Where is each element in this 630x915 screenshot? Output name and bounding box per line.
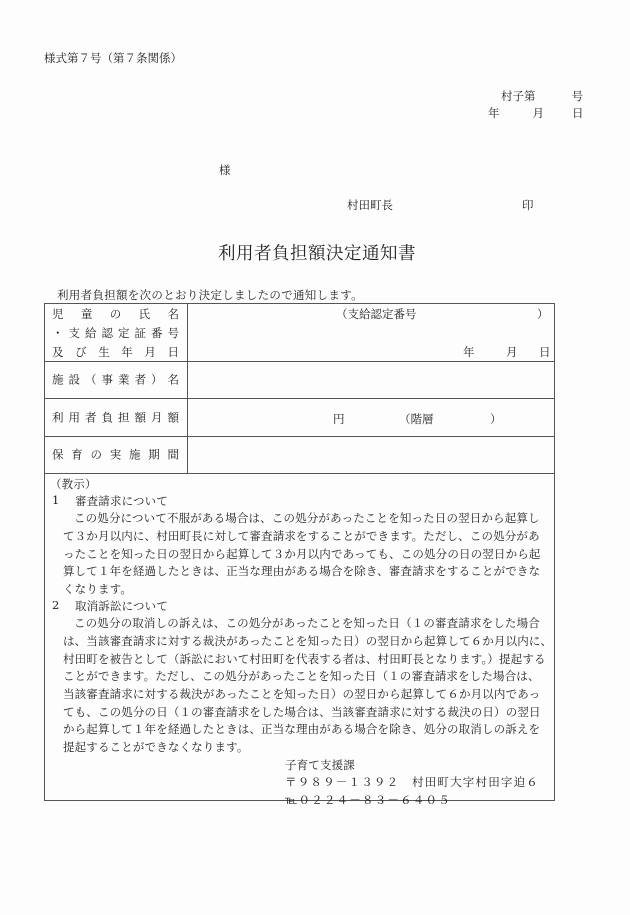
section-2-title: 取消訴訟について <box>75 598 168 614</box>
section-1-title: 審査請求について <box>75 493 168 509</box>
section-1-line: くなります。 <box>63 581 132 597</box>
document-number-suffix: 号 <box>572 89 584 103</box>
issue-day-label: 日 <box>572 106 584 120</box>
child-info-label: 児童の氏名 ・支給認定証番号 及び生年月日 <box>45 304 188 361</box>
contact-department: 子育て支援課 <box>285 757 355 773</box>
table-row-care-period: 保育の実施期間 <box>45 437 554 474</box>
monthly-fee-field[interactable]: 円 （階層 ） <box>188 399 554 436</box>
section-2-line: ことができます。ただし、この処分があったことを知った日（１の審査請求をした場合は… <box>63 668 540 684</box>
document-title: 利用者負担額決定通知書 <box>218 240 416 265</box>
intro-text: 利用者負担額を次のとおり決定しましたので通知します。 <box>57 287 363 303</box>
section-1-line: ったことを知った日の翌日から起算して３か月以内であっても、この処分の日の翌日から… <box>63 546 541 562</box>
issue-year-label: 年 <box>488 106 500 120</box>
child-info-field[interactable]: （支給認定番号 ） 年 月 日 <box>188 304 554 361</box>
tier-close: ） <box>490 411 502 427</box>
monthly-fee-label: 利用者負担額月額 <box>45 399 188 436</box>
issue-date: 年月日 <box>488 105 584 121</box>
cert-number-open: （支給認定番号 <box>336 306 417 322</box>
care-period-field[interactable] <box>188 437 554 473</box>
contact-address: 〒９８９－１３９２ 村田町大字村田字迫６ <box>285 774 539 790</box>
section-2-line: から起算して１年を経過したときは、正当な理由がある場合を除き、処分の取消しの訴え… <box>63 721 540 737</box>
birth-month-label: 月 <box>506 344 518 360</box>
care-period-label: 保育の実施期間 <box>45 437 188 473</box>
birth-year-label: 年 <box>463 344 475 360</box>
section-1-line: て３か月以内に、村田町長に対して審査請求をすることができます。ただし、この処分が… <box>63 528 540 544</box>
section-1-number: 1 <box>52 493 59 507</box>
tier-open: （階層 <box>399 411 434 427</box>
legal-notice: （教示） 1 審査請求について この処分について不服がある場合は、この処分があっ… <box>45 474 554 800</box>
section-2-line: ても、この処分の日（１の審査請求をした場合は、当該審査請求に対する裁決の日）の翌… <box>63 704 541 720</box>
form-number: 様式第７号（第７条関係） <box>44 50 182 66</box>
section-2-line: この処分の取消しの訴えは、この処分があったことを知った日（１の審査請求をした場合 <box>74 615 540 631</box>
label-line-cert-number: ・支給認定証番号 <box>45 324 187 343</box>
contact-phone: ℡０２２４－８３－６４０５ <box>285 792 451 808</box>
issue-month-label: 月 <box>533 106 545 120</box>
document-number: 村子第号 <box>501 88 583 104</box>
table-row-child-info: 児童の氏名 ・支給認定証番号 及び生年月日 （支給認定番号 ） 年 月 日 <box>45 304 554 362</box>
section-2-line: は、当該審査請求に対する裁決があったことを知った日）の翌日から起算して６か月以内… <box>63 633 552 649</box>
cert-number-close: ） <box>537 306 549 322</box>
table-row-facility: 施設（事業者）名 <box>45 362 554 399</box>
document-number-prefix: 村子第 <box>501 89 536 103</box>
facility-field[interactable] <box>188 362 554 398</box>
section-2-line: 当該審査請求に対する裁決があったことを知った日）の翌日から起算して６か月以内であ… <box>63 686 540 702</box>
section-1-line: この処分について不服がある場合は、この処分があったことを知った日の翌日から起算し <box>74 510 540 526</box>
yen-unit: 円 <box>333 411 345 427</box>
section-2-line: 村田町を被告として（訴訟において村田町を代表する者は、村田町長となります。）提起… <box>63 651 546 667</box>
label-line-birthdate: 及び生年月日 <box>45 343 187 362</box>
facility-label: 施設（事業者）名 <box>45 362 188 398</box>
issuer-name: 村田町長 <box>347 197 393 213</box>
notice-heading: （教示） <box>50 476 97 492</box>
section-1-line: 算して１年を経過したときは、正当な理由がある場合を除き、審査請求をすることができ… <box>63 563 540 579</box>
recipient-honorific: 様 <box>219 162 231 178</box>
seal-mark: 印 <box>522 197 534 213</box>
birth-day-label: 日 <box>539 344 551 360</box>
label-line-child-name: 児童の氏名 <box>45 305 187 324</box>
table-row-monthly-fee: 利用者負担額月額 円 （階層 ） <box>45 399 554 437</box>
section-2-number: 2 <box>52 598 59 612</box>
section-2-line: 提起することができなくなります。 <box>63 739 248 755</box>
decision-table: 児童の氏名 ・支給認定証番号 及び生年月日 （支給認定番号 ） 年 月 日 施設… <box>44 303 555 801</box>
